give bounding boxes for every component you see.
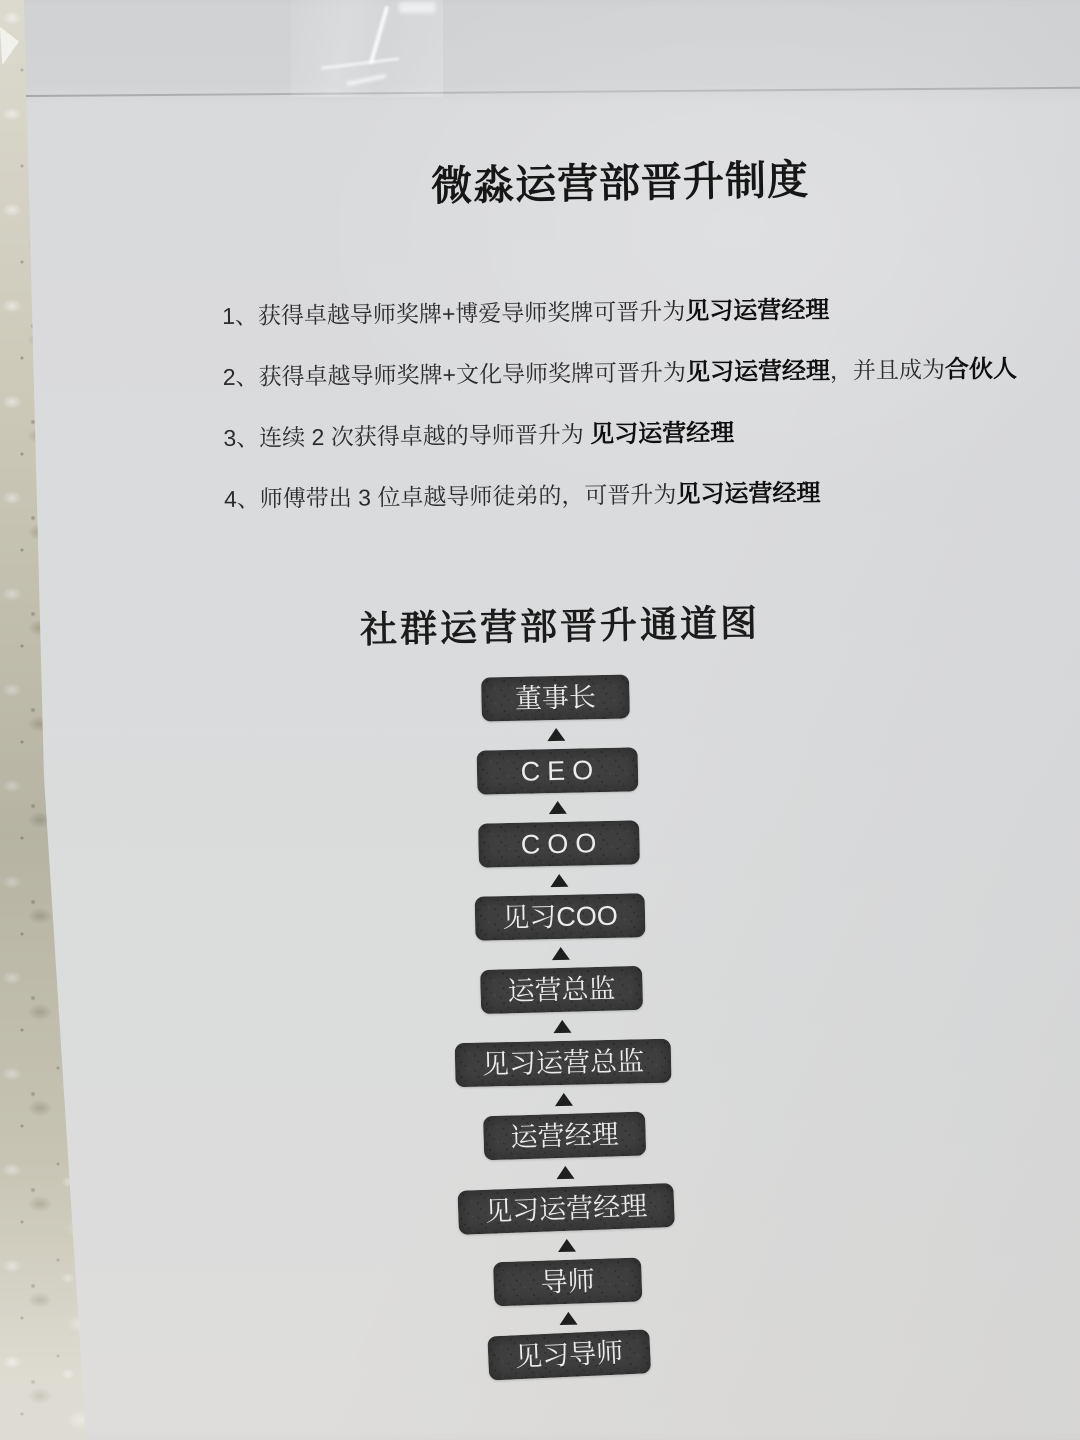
level-box-trainee-coo: 见习COO: [475, 893, 645, 941]
level-box-trainee-operations-director: 见习运营总监: [455, 1039, 672, 1088]
up-arrow-icon: [558, 1239, 576, 1252]
rule-text: 4、师傅带出 3 位卓越导师徒弟的，可晋升为: [224, 481, 677, 512]
document-title: 微淼运营部晋升制度: [431, 147, 810, 213]
rule-text: ，并且成为: [830, 356, 945, 383]
rule-text: 1、获得卓越导师奖牌+博爱导师奖牌可晋升为: [222, 298, 685, 329]
level-box-ceo: CEO: [476, 747, 638, 794]
up-arrow-icon: [550, 874, 568, 887]
promotion-ladder: 董事长 CEO COO 见习COO 运营总监 见习运营总监 运营经理 见习运营经…: [447, 674, 678, 1379]
rule-text: 2、获得卓越导师奖牌+文化导师奖牌可晋升为: [223, 359, 686, 390]
tape-crinkle-highlight: [346, 74, 386, 86]
up-arrow-icon: [549, 801, 567, 814]
rule-item: 4、师傅带出 3 位卓越导师徒弟的，可晋升为见习运营经理: [224, 478, 1004, 513]
level-box-mentor: 导师: [493, 1257, 642, 1306]
level-box-coo: COO: [478, 820, 640, 867]
level-box-trainee-operations-manager: 见习运营经理: [457, 1183, 674, 1235]
rule-text: 3、连续 2 次获得卓越的导师晋升为: [223, 421, 590, 451]
level-box-trainee-mentor: 见习导师: [487, 1329, 651, 1380]
rule-bold-text: 见习运营经理: [685, 297, 829, 326]
rule-item: 3、连续 2 次获得卓越的导师晋升为 见习运营经理: [223, 417, 1003, 452]
up-arrow-icon: [559, 1312, 577, 1325]
rule-bold-text: 见习运营经理: [686, 358, 830, 387]
tape-crinkle-highlight: [369, 6, 389, 65]
level-box-operations-director: 运营总监: [480, 966, 643, 1014]
up-arrow-icon: [547, 728, 565, 741]
rules-list: 1、获得卓越导师奖牌+博爱导师奖牌可晋升为见习运营经理 2、获得卓越导师奖牌+文…: [222, 295, 1005, 547]
tape-crinkle-highlight: [399, 2, 435, 13]
level-box-operations-manager: 运营经理: [483, 1112, 646, 1161]
rule-item: 2、获得卓越导师奖牌+文化导师奖牌可晋升为见习运营经理，并且成为合伙人: [223, 356, 1003, 391]
up-arrow-icon: [556, 1166, 574, 1179]
rule-bold-text: 合伙人: [945, 356, 1017, 384]
diagram-title: 社群运营部晋升通道图: [360, 593, 761, 654]
rule-bold-text: 见习运营经理: [590, 420, 734, 449]
up-arrow-icon: [555, 1093, 573, 1106]
photo-of-promotion-notice: 微淼运营部晋升制度 1、获得卓越导师奖牌+博爱导师奖牌可晋升为见习运营经理 2、…: [0, 0, 1080, 1440]
transparent-tape: [291, 0, 443, 97]
up-arrow-icon: [552, 947, 570, 960]
level-box-chairman: 董事长: [481, 674, 630, 721]
tape-crinkle-highlight: [321, 57, 399, 69]
rule-bold-text: 见习运营经理: [676, 480, 820, 509]
up-arrow-icon: [553, 1020, 571, 1033]
